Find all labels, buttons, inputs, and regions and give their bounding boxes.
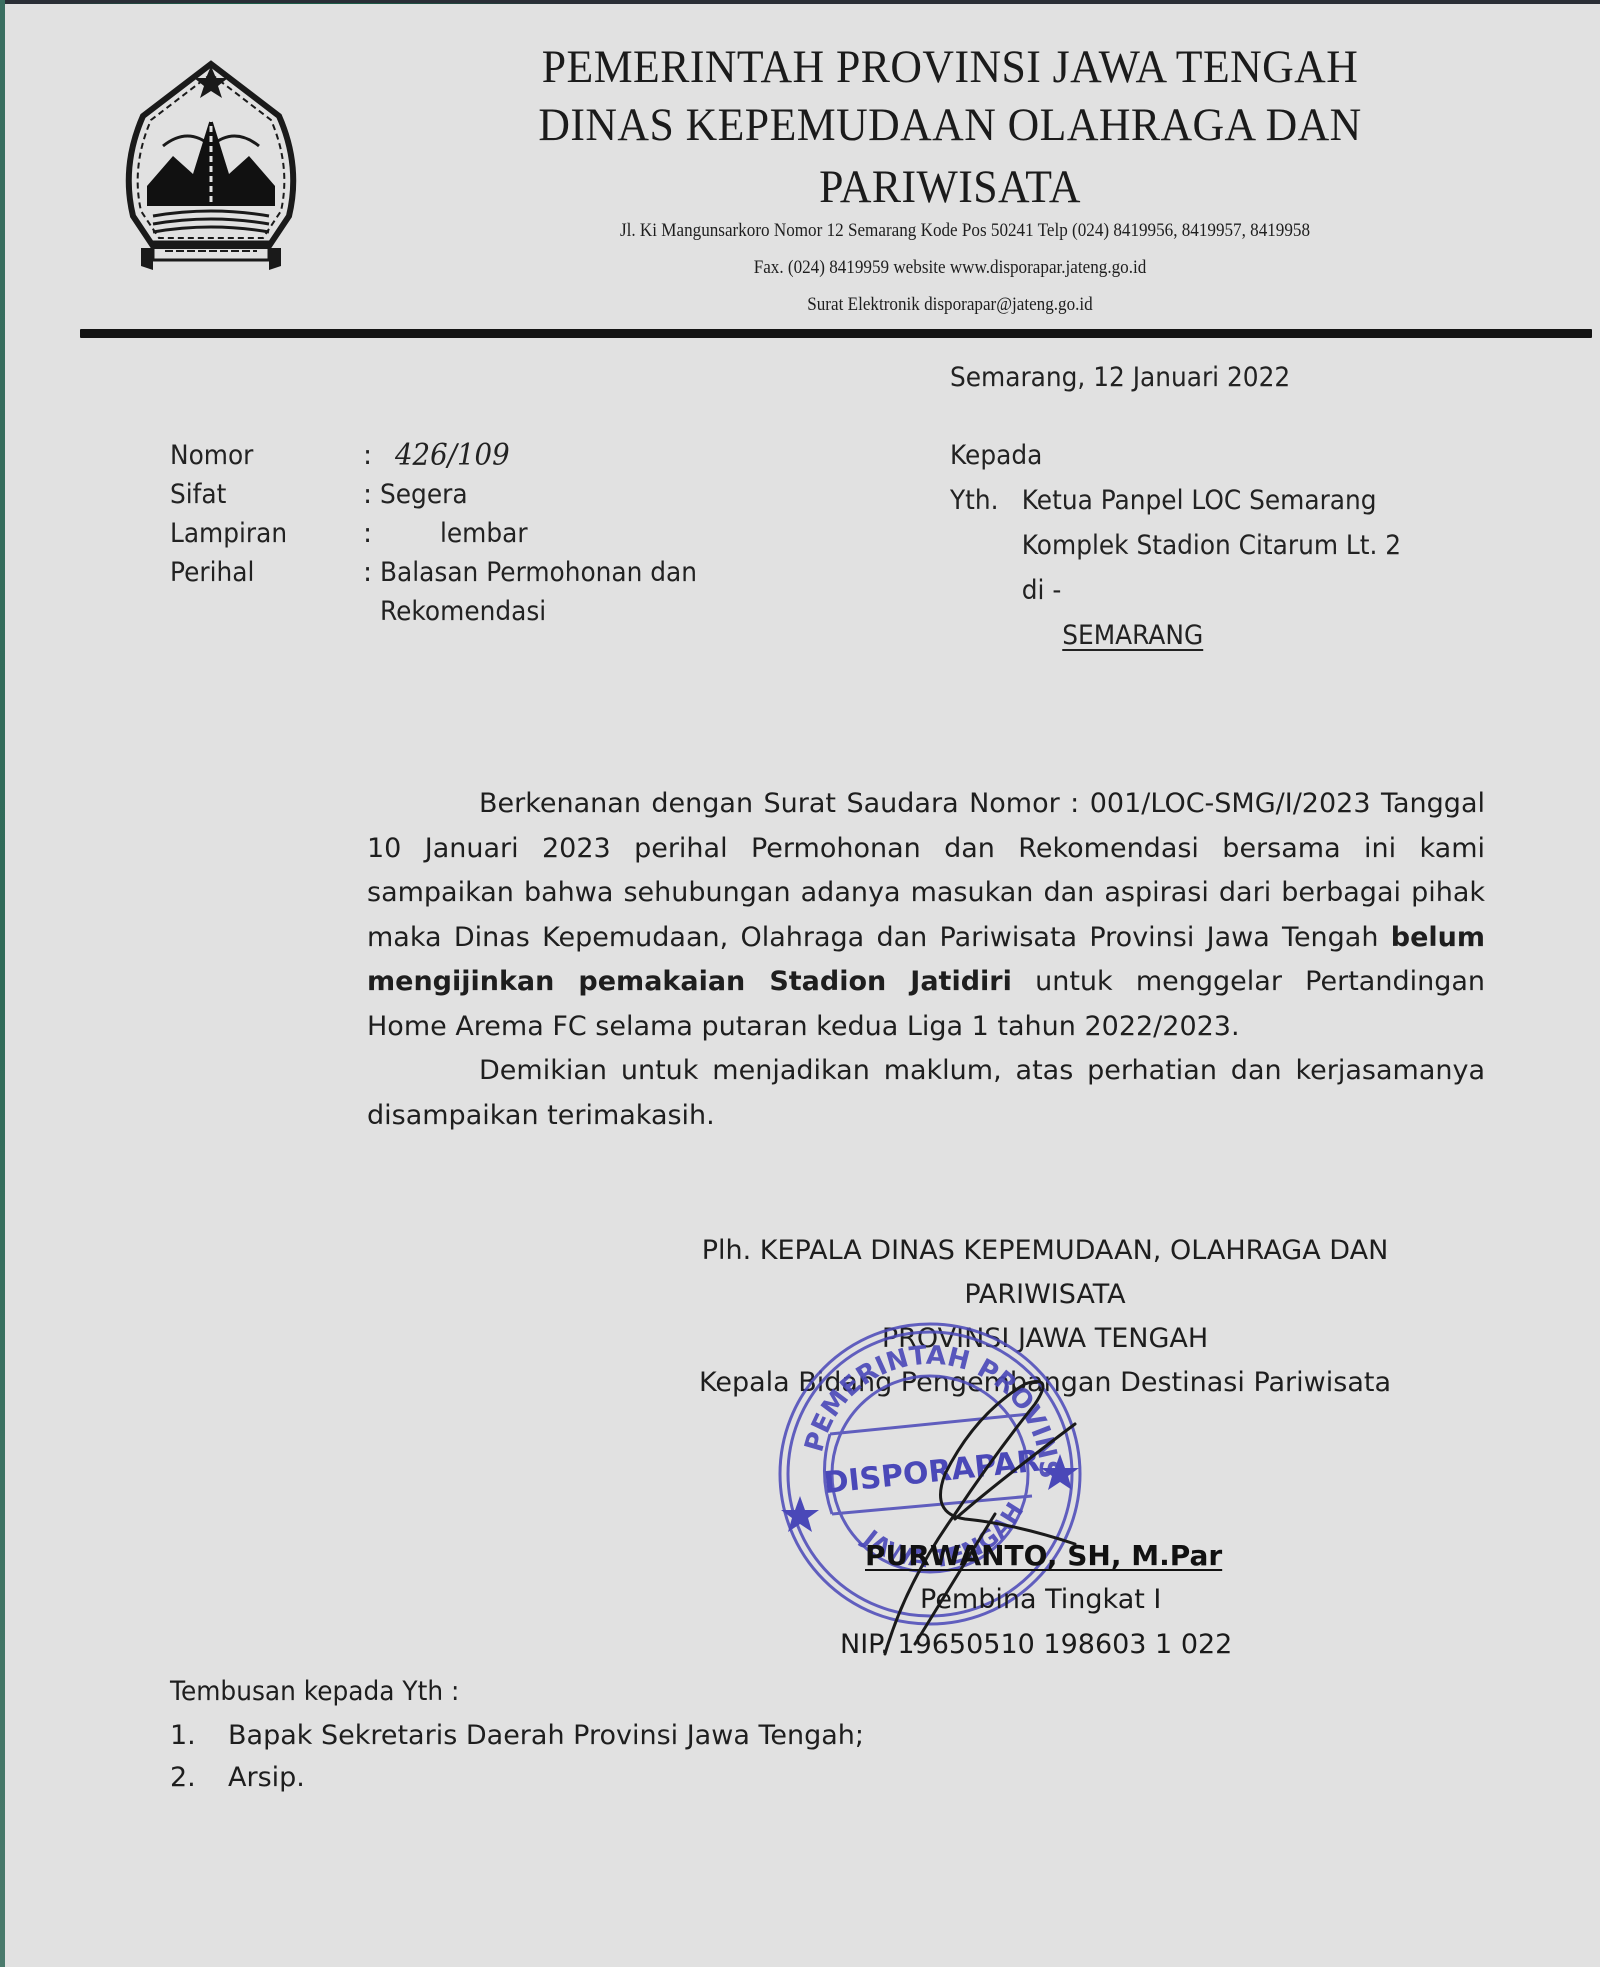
- recipient-city: SEMARANG: [1062, 620, 1203, 651]
- meta-value-perihal-cont: Rekomendasi: [380, 596, 546, 627]
- meta-label: Perihal: [170, 557, 345, 588]
- body-p1-text: Berkenanan dengan Surat Saudara Nomor : …: [367, 788, 1485, 953]
- meta-value-lampiran: lembar: [440, 518, 528, 549]
- letter-body: Berkenanan dengan Surat Saudara Nomor : …: [367, 782, 1485, 1138]
- cc-item-text: Arsip.: [228, 1762, 305, 1793]
- meta-label: Nomor: [170, 440, 345, 471]
- cc-title: Tembusan kepada Yth :: [170, 1676, 484, 1720]
- letterhead-government: PEMERINTAH PROVINSI JAWA TENGAH: [425, 44, 1476, 91]
- body-paragraph-2: Demikian untuk menjadikan maklum, atas p…: [367, 1049, 1485, 1138]
- meta-value-perihal: Balasan Permohonan dan: [380, 557, 697, 588]
- recipient-name: Ketua Panpel LOC Semarang: [1022, 485, 1377, 516]
- meta-label: Sifat: [170, 479, 345, 510]
- signatory-name: PURWANTO, SH, M.Par: [865, 1539, 1222, 1572]
- meta-colon: :: [363, 557, 372, 588]
- meta-colon: :: [363, 440, 372, 471]
- body-paragraph-1: Berkenanan dengan Surat Saudara Nomor : …: [367, 782, 1485, 1049]
- carbon-copy-block: Tembusan kepada Yth : 1. Bapak Sekretari…: [170, 1676, 484, 1804]
- signature-block: Plh. KEPALA DINAS KEPEMUDAAN, OLAHRAGA D…: [645, 1229, 1445, 1405]
- letter-page: PEMERINTAH PROVINSI JAWA TENGAH DINAS KE…: [5, 4, 1600, 1967]
- letterhead-agency: DINAS KEPEMUDAAN OLAHRAGA DAN: [425, 102, 1476, 149]
- meta-colon: :: [363, 479, 372, 510]
- signatory-rank: Pembina Tingkat I: [920, 1584, 1161, 1615]
- recipient-address: Komplek Stadion Citarum Lt. 2: [1022, 530, 1401, 561]
- letterhead-fax-website: Fax. (024) 8419959 website www.disporapa…: [442, 257, 1459, 279]
- cc-item-number: 1.: [170, 1720, 196, 1751]
- meta-value-sifat: Segera: [380, 479, 468, 510]
- letterhead-agency-cont: PARIWISATA: [425, 164, 1476, 211]
- signature-title-2: PARIWISATA: [645, 1273, 1445, 1317]
- signature-title-1: Plh. KEPALA DINAS KEPEMUDAAN, OLAHRAGA D…: [645, 1229, 1445, 1273]
- cc-item-number: 2.: [170, 1762, 196, 1793]
- letter-date: Semarang, 12 Januari 2022: [950, 362, 1290, 393]
- meta-colon: :: [363, 518, 372, 549]
- cc-item-text: Bapak Sekretaris Daerah Provinsi Jawa Te…: [228, 1720, 864, 1751]
- recipient-kepada-label: Kepada: [950, 440, 1042, 471]
- cc-title-text: Tembusan kepada Yth :: [170, 1676, 459, 1707]
- letterhead-rule: [80, 329, 1592, 338]
- letterhead-address: Jl. Ki Mangunsarkoro Nomor 12 Semarang K…: [457, 220, 1474, 242]
- signature-title-3: PROVINSI JAWA TENGAH: [645, 1317, 1445, 1361]
- recipient-yth: Yth.: [950, 485, 999, 516]
- meta-value-nomor: 426/109: [395, 438, 510, 473]
- letterhead-email: Surat Elektronik disporapar@jateng.go.id: [442, 294, 1459, 316]
- svg-text:DISPORAPAR: DISPORAPAR: [822, 1444, 1042, 1501]
- recipient-di: di -: [1022, 575, 1062, 606]
- meta-label: Lampiran: [170, 518, 345, 549]
- cc-item: 2. Arsip.: [170, 1762, 484, 1804]
- central-java-coat-of-arms-icon: [113, 56, 309, 281]
- signature-title-4: Kepala Bidang Pengembangan Destinasi Par…: [645, 1361, 1445, 1405]
- cc-item: 1. Bapak Sekretaris Daerah Provinsi Jawa…: [170, 1720, 484, 1762]
- signatory-nip: NIP. 19650510 198603 1 022: [840, 1629, 1232, 1660]
